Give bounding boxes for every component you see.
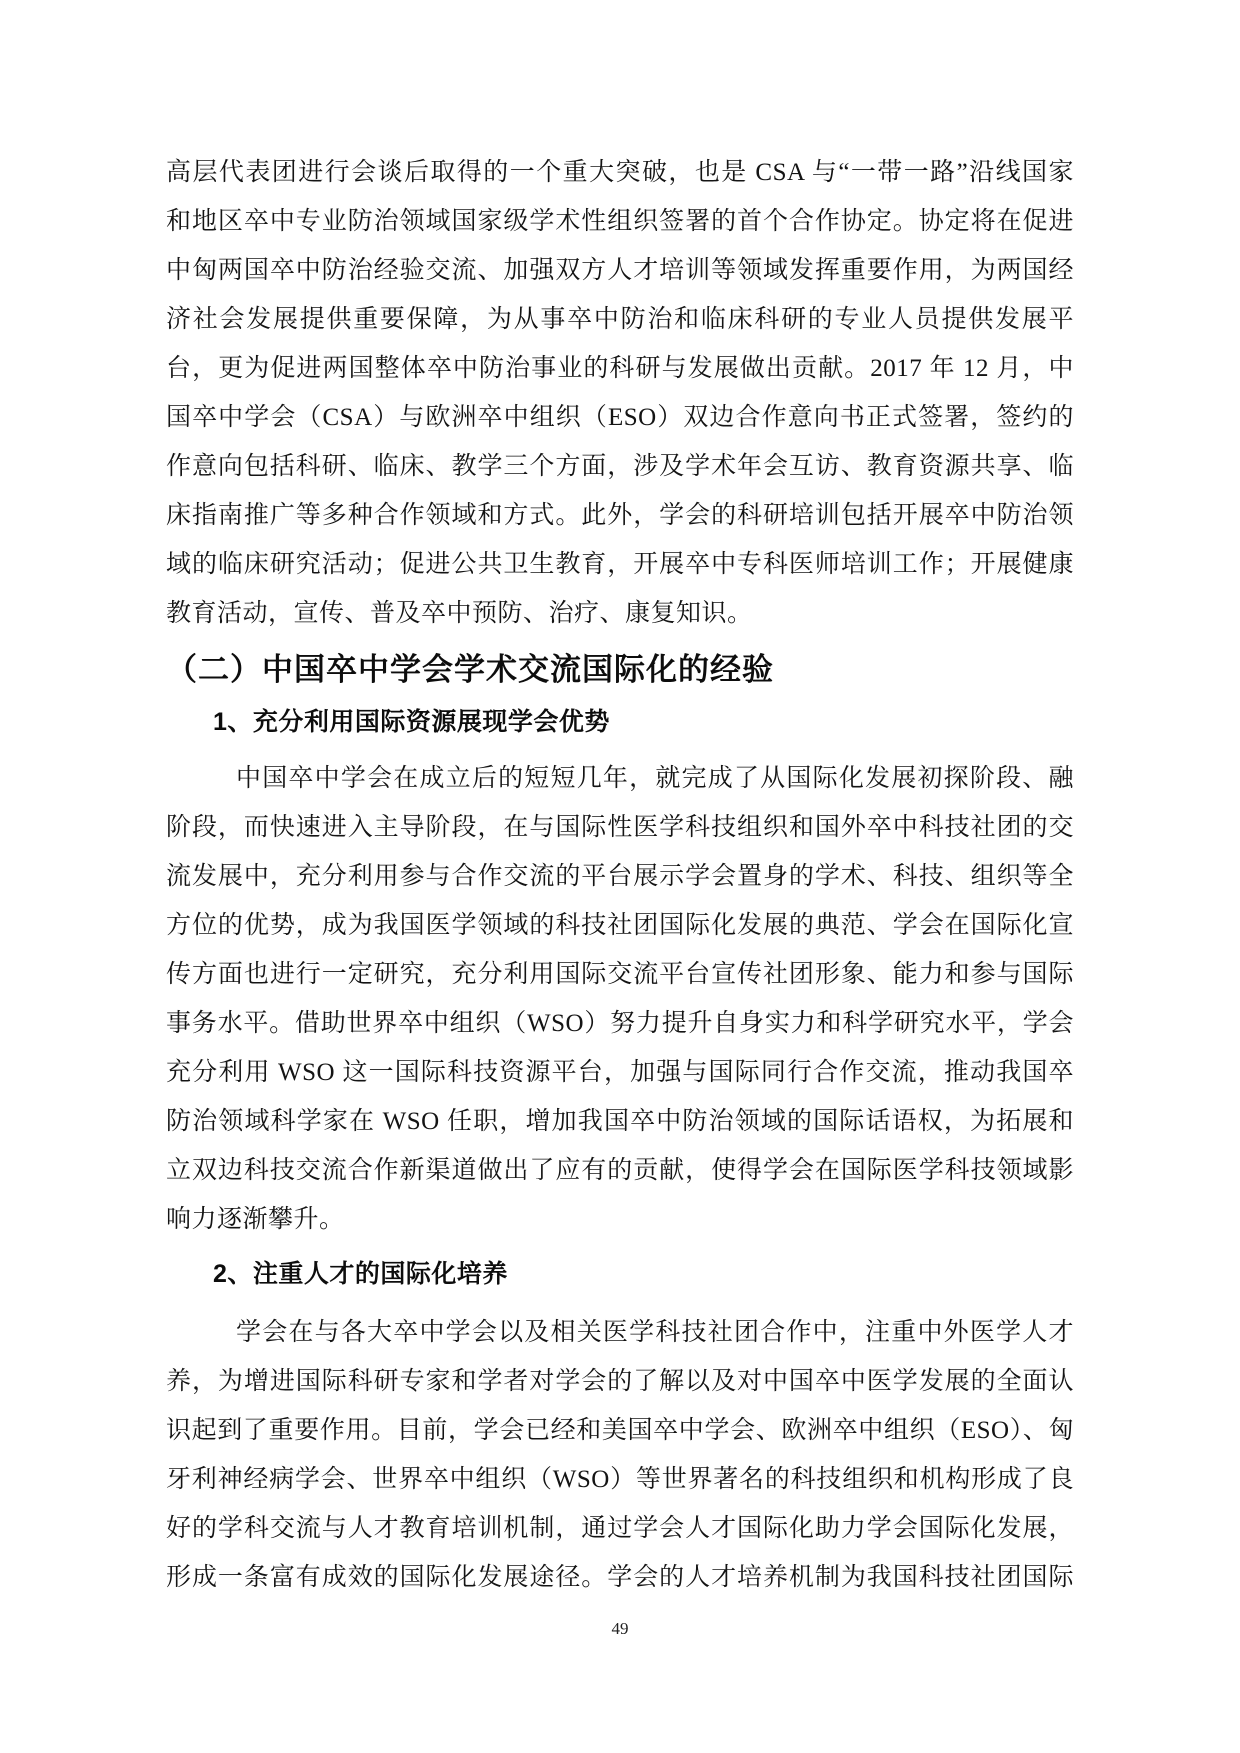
body-text-line: 济社会发展提供重要保障，为从事卒中防治和临床科研的专业人员提供发展平 (166, 295, 1074, 344)
paragraph-international-resources: 中国卒中学会在成立后的短短几年，就完成了从国际化发展初探阶段、融入 阶段，而快速… (166, 754, 1074, 1244)
body-text-line: 充分利用 WSO 这一国际科技资源平台，加强与国际同行合作交流，推动我国卒中 (166, 1048, 1074, 1097)
body-text-line: 中匈两国卒中防治经验交流、加强双方人才培训等领域发挥重要作用，为两国经 (166, 246, 1074, 295)
body-text-line: 传方面也进行一定研究，充分利用国际交流平台宣传社团形象、能力和参与国际 (166, 950, 1074, 999)
body-text-line: 中国卒中学会在成立后的短短几年，就完成了从国际化发展初探阶段、融入 (166, 754, 1074, 803)
body-text-line: 好的学科交流与人才教育培训机制，通过学会人才国际化助力学会国际化发展， (166, 1504, 1074, 1553)
body-text-line: 教育活动，宣传、普及卒中预防、治疗、康复知识。 (166, 589, 1074, 638)
body-text-line: 和地区卒中专业防治领域国家级学术性组织签署的首个合作协定。协定将在促进 (166, 197, 1074, 246)
body-text-line: 床指南推广等多种合作领域和方式。此外，学会的科研培训包括开展卒中防治领 (166, 491, 1074, 540)
body-text-line: 养，为增进国际科研专家和学者对学会的了解以及对中国卒中医学发展的全面认 (166, 1357, 1074, 1406)
subsection-2-heading: 2、注重人才的国际化培养 (166, 1250, 1074, 1299)
paragraph-continuation: 高层代表团进行会谈后取得的一个重大突破，也是 CSA 与“一带一路”沿线国家 和… (166, 148, 1074, 638)
subsection-1-heading: 1、充分利用国际资源展现学会优势 (166, 698, 1074, 747)
body-text-line: 立双边科技交流合作新渠道做出了应有的贡献，使得学会在国际医学科技领域影 (166, 1146, 1074, 1195)
paragraph-talent-cultivation: 学会在与各大卒中学会以及相关医学科技社团合作中，注重中外医学人才培 养，为增进国… (166, 1308, 1074, 1602)
section-heading: （二）中国卒中学会学术交流国际化的经验 (166, 642, 1074, 698)
page-number: 49 (166, 1614, 1074, 1644)
body-text-line: 台，更为促进两国整体卒中防治事业的科研与发展做出贡献。2017 年 12 月，中 (166, 344, 1074, 393)
body-text-line: 高层代表团进行会谈后取得的一个重大突破，也是 CSA 与“一带一路”沿线国家 (166, 148, 1074, 197)
body-text-line: 域的临床研究活动；促进公共卫生教育，开展卒中专科医师培训工作；开展健康 (166, 540, 1074, 589)
body-text-line: 作意向包括科研、临床、教学三个方面，涉及学术年会互访、教育资源共享、临 (166, 442, 1074, 491)
body-text-line: 事务水平。借助世界卒中组织（WSO）努力提升自身实力和科学研究水平，学会 (166, 999, 1074, 1048)
body-text-line: 学会在与各大卒中学会以及相关医学科技社团合作中，注重中外医学人才培 (166, 1308, 1074, 1357)
document-page: 高层代表团进行会谈后取得的一个重大突破，也是 CSA 与“一带一路”沿线国家 和… (0, 0, 1240, 1753)
body-text-line: 方位的优势，成为我国医学领域的科技社团国际化发展的典范、学会在国际化宣 (166, 901, 1074, 950)
body-text-line: 国卒中学会（CSA）与欧洲卒中组织（ESO）双边合作意向书正式签署，签约的合 (166, 393, 1074, 442)
body-text-line: 响力逐渐攀升。 (166, 1195, 1074, 1244)
body-text-line: 流发展中，充分利用参与合作交流的平台展示学会置身的学术、科技、组织等全 (166, 852, 1074, 901)
body-text-line: 形成一条富有成效的国际化发展途径。学会的人才培养机制为我国科技社团国际 (166, 1553, 1074, 1602)
body-text-line: 牙利神经病学会、世界卒中组织（WSO）等世界著名的科技组织和机构形成了良 (166, 1455, 1074, 1504)
body-text-line: 识起到了重要作用。目前，学会已经和美国卒中学会、欧洲卒中组织（ESO）、匈 (166, 1406, 1074, 1455)
body-text-line: 防治领域科学家在 WSO 任职，增加我国卒中防治领域的国际话语权，为拓展和建 (166, 1097, 1074, 1146)
body-text-line: 阶段，而快速进入主导阶段，在与国际性医学科技组织和国外卒中科技社团的交 (166, 803, 1074, 852)
